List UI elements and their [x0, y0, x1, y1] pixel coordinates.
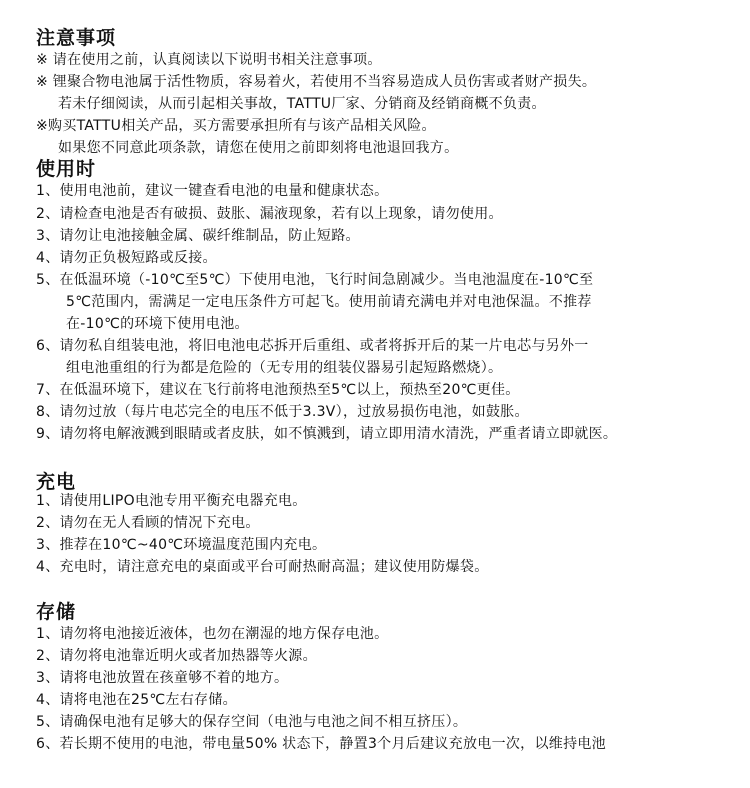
section-title-usage: 使用时 [36, 158, 96, 180]
usage-line: 1、使用电池前，建议一键查看电池的电量和健康状态。 [36, 181, 388, 201]
notice-line: 若未仔细阅读，从而引起相关事故，TATTU厂家、分销商及经销商概不负责。 [58, 94, 546, 114]
usage-line: 5、在低温环境（-10℃至5℃）下使用电池，飞行时间急剧减少。当电池温度在-10… [36, 270, 593, 290]
usage-line: 4、请勿正负极短路或反接。 [36, 248, 217, 268]
usage-line: 5℃范围内，需满足一定电压条件方可起飞。使用前请充满电并对电池保温。不推荐 [66, 292, 592, 312]
storage-line: 1、请勿将电池接近液体，也勿在潮湿的地方保存电池。 [36, 624, 388, 644]
storage-line: 3、请将电池放置在孩童够不着的地方。 [36, 668, 288, 688]
usage-line: 6、请勿私自组装电池，将旧电池电芯拆开后重组、或者将拆开后的某一片电芯与另外一 [36, 336, 589, 356]
notice-line: ※ 请在使用之前，认真阅读以下说明书相关注意事项。 [36, 50, 382, 70]
notice-line: 如果您不同意此项条款，请您在使用之前即刻将电池退回我方。 [58, 138, 458, 158]
usage-line: 8、请勿过放（每片电芯完全的电压不低于3.3V），过放易损伤电池，如鼓胀。 [36, 402, 529, 422]
storage-line: 4、请将电池在25℃左右存储。 [36, 690, 237, 710]
storage-line: 5、请确保电池有足够大的保存空间（电池与电池之间不相互挤压）。 [36, 712, 467, 732]
usage-line: 7、在低温环境下，建议在飞行前将电池预热至5℃以上，预热至20℃更佳。 [36, 380, 520, 400]
section-title-storage: 存储 [36, 601, 76, 623]
charging-line: 1、请使用LIPO电池专用平衡充电器充电。 [36, 491, 307, 511]
notice-line: ※购买TATTU相关产品，买方需要承担所有与该产品相关风险。 [36, 116, 436, 136]
usage-line: 9、请勿将电解液溅到眼睛或者皮肤，如不慎溅到，请立即用清水清洗，严重者请立即就医… [36, 424, 617, 444]
storage-line: 6、若长期不使用的电池，带电量50% 状态下，静置3个月后建议充放电一次，以维持… [36, 734, 606, 754]
section-title-charging: 充电 [36, 471, 76, 493]
section-title-notice: 注意事项 [36, 27, 116, 49]
usage-line: 3、请勿让电池接触金属、碳纤维制品，防止短路。 [36, 226, 360, 246]
notice-line: ※ 锂聚合物电池属于活性物质，容易着火，若使用不当容易造成人员伤害或者财产损失。 [36, 72, 596, 92]
charging-line: 2、请勿在无人看顾的情况下充电。 [36, 513, 260, 533]
storage-line: 2、请勿将电池靠近明火或者加热器等火源。 [36, 646, 317, 666]
usage-line: 2、请检查电池是否有破损、鼓胀、漏液现象，若有以上现象，请勿使用。 [36, 204, 503, 224]
usage-line: 组电池重组的行为都是危险的（无专用的组装仪器易引起短路燃烧）。 [66, 358, 502, 378]
charging-line: 4、充电时，请注意充电的桌面或平台可耐热耐高温；建议使用防爆袋。 [36, 557, 489, 577]
usage-line: 在-10℃的环境下使用电池。 [66, 314, 249, 334]
charging-line: 3、推荐在10℃~40℃环境温度范围内充电。 [36, 535, 326, 555]
